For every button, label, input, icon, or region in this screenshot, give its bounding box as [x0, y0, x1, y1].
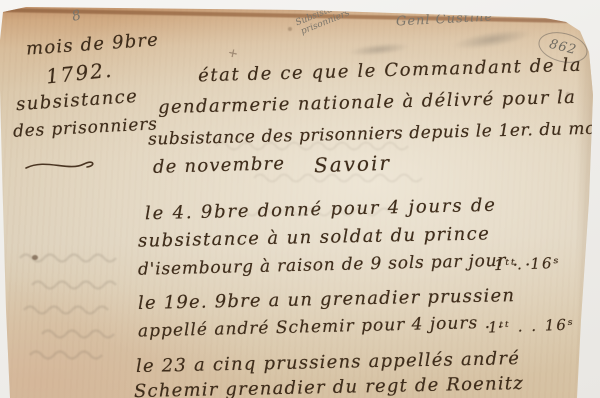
pencil-attribution: Genl Custine [396, 9, 494, 29]
entry-amount: 1ᵗᵗ . . 16ˢ [488, 315, 575, 336]
bleedthrough-text [40, 326, 124, 340]
entry-line: le 23 a cinq prussiens appellés andré [136, 348, 520, 377]
photo-backdrop: 8 Subsistance prisonniers Genl Custine +… [0, 0, 600, 398]
entry-line: Schemir grenadier du regt de Roenitz [134, 373, 524, 398]
heading-line: état de ce que le Commandant de la [198, 55, 583, 87]
entry-line: le 19e. 9bre a un grenadier prussien [138, 285, 516, 314]
margin-note-line: mois de 9bre [25, 29, 159, 59]
entry-line: subsistance à un soldat du prince [138, 223, 491, 251]
bleedthrough-text [28, 347, 120, 361]
margin-note-line: subsistance [15, 86, 138, 115]
pencil-diagonal-note: Subsistance prisonniers [294, 0, 352, 38]
entry-line: le 4. 9bre donné pour 4 jours de [145, 195, 497, 225]
entry-amount: 1ᵗᵗ. 16ˢ [494, 254, 561, 274]
entry-line: d'isembourg à raison de 9 sols par jour … [138, 250, 532, 280]
pencil-cross-mark: + [227, 45, 240, 61]
margin-note-line: 1792. [45, 58, 114, 89]
margin-flourish [24, 152, 102, 179]
margin-note-line: des prisonniers [13, 114, 159, 142]
bleedthrough-text [30, 277, 126, 291]
pencil-smudge [348, 41, 411, 58]
pencil-scribble [462, 36, 528, 48]
ink-speck [288, 27, 292, 31]
manuscript-paper: 8 Subsistance prisonniers Genl Custine +… [0, 0, 600, 398]
heading-savoir: Savoir [314, 151, 392, 178]
heading-line: de novembre [153, 153, 286, 178]
entry-line: appellé andré Schemir pour 4 jours . . [138, 313, 504, 342]
ink-speck [32, 255, 38, 260]
heading-line: gendarmerie nationale à délivré pour la [158, 87, 577, 118]
bleedthrough-text [22, 302, 126, 316]
